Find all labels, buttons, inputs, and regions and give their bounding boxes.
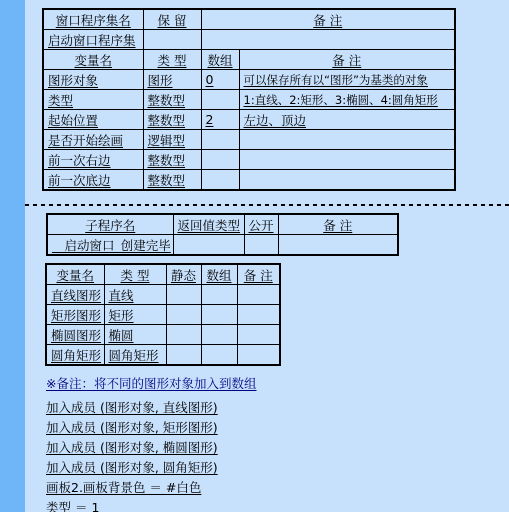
cell: 可以保存所有以“图形”为基类的对象 xyxy=(239,70,455,90)
cell: 圆角矩形 xyxy=(46,345,104,366)
subprogram-table: 子程序名 返回值类型 公开 备 注 __启动窗口_创建完毕 xyxy=(46,213,399,256)
cell xyxy=(143,30,201,50)
cell xyxy=(166,325,201,345)
window-program-table: 窗口程序集名 保 留 备 注 启动窗口程序集 变量名 类 型 数组 备 注 图形… xyxy=(42,8,456,191)
cell: 整数型 xyxy=(143,90,201,110)
cell xyxy=(201,150,239,170)
table-row: 起始位置 整数型 2 左边、顶边 xyxy=(43,110,455,130)
cell xyxy=(201,285,237,305)
code-line: 加入成员 (图形对象, 圆角矩形) xyxy=(46,458,486,478)
cell xyxy=(166,285,201,305)
cell: 整数型 xyxy=(143,170,201,191)
cell xyxy=(239,130,455,150)
cell: 直线图形 xyxy=(46,285,104,305)
header-cell: 静态 xyxy=(166,264,201,285)
header-cell: 数组 xyxy=(201,50,239,70)
header-cell: 类 型 xyxy=(143,50,201,70)
header-cell: 保 留 xyxy=(143,9,201,30)
table-row: 前一次底边 整数型 xyxy=(43,170,455,191)
header-cell: 公开 xyxy=(244,214,278,235)
cell: 图形对象 xyxy=(43,70,143,90)
header-cell: 子程序名 xyxy=(47,214,173,235)
cell: 矩形图形 xyxy=(46,305,104,325)
cell xyxy=(173,235,244,256)
cell xyxy=(244,235,278,256)
table-row: 矩形图形 矩形 xyxy=(46,305,280,325)
table-row: 圆角矩形 圆角矩形 xyxy=(46,345,280,366)
cell xyxy=(237,325,280,345)
remark-note: ※备注：将不同的图形对象加入到数组 xyxy=(46,374,486,394)
code-line: 画板2.画板背景色 ＝ #白色 xyxy=(46,478,486,498)
header-cell: 返回值类型 xyxy=(173,214,244,235)
header-cell: 备 注 xyxy=(201,9,455,30)
cell xyxy=(166,305,201,325)
cell: 整数型 xyxy=(143,110,201,130)
cell xyxy=(237,345,280,366)
cell: 前一次右边 xyxy=(43,150,143,170)
variables-table: 变量名 类 型 静态 数组 备 注 直线图形 直线 矩形图形 矩形 椭圆图形 椭… xyxy=(45,263,281,366)
left-blue-strip xyxy=(0,0,25,512)
cell xyxy=(201,30,455,50)
cell: 整数型 xyxy=(143,150,201,170)
table-row: 图形对象 图形 0 可以保存所有以“图形”为基类的对象 xyxy=(43,70,455,90)
table-row: 直线图形 直线 xyxy=(46,285,280,305)
code-line: 加入成员 (图形对象, 矩形图形) xyxy=(46,418,486,438)
cell: 1:直线、2:矩形、3:椭圆、4:圆角矩形 xyxy=(239,90,455,110)
cell: 前一次底边 xyxy=(43,170,143,191)
cell: 圆角矩形 xyxy=(104,345,166,366)
cell: 椭圆图形 xyxy=(46,325,104,345)
table-row: 类型 整数型 1:直线、2:矩形、3:椭圆、4:圆角矩形 xyxy=(43,90,455,110)
cell: 0 xyxy=(201,70,239,90)
cell xyxy=(166,345,201,366)
cell xyxy=(239,150,455,170)
cell: 直线 xyxy=(104,285,166,305)
cell xyxy=(201,345,237,366)
cell: 椭圆 xyxy=(104,325,166,345)
cell xyxy=(237,285,280,305)
code-line: 加入成员 (图形对象, 椭圆图形) xyxy=(46,438,486,458)
header-cell: 变量名 xyxy=(43,50,143,70)
cell: 左边、顶边 xyxy=(239,110,455,130)
cell xyxy=(201,90,239,110)
header-cell: 数组 xyxy=(201,264,237,285)
header-cell: 备 注 xyxy=(278,214,398,235)
table-row: 窗口程序集名 保 留 备 注 xyxy=(43,9,455,30)
code-line: 加入成员 (图形对象, 直线图形) xyxy=(46,398,486,418)
cell xyxy=(201,305,237,325)
cell xyxy=(201,170,239,191)
table-row: 启动窗口程序集 xyxy=(43,30,455,50)
bottom-white-strip xyxy=(0,512,509,517)
cell: 2 xyxy=(201,110,239,130)
header-cell: 窗口程序集名 xyxy=(43,9,143,30)
cell: 逻辑型 xyxy=(143,130,201,150)
table-row: 子程序名 返回值类型 公开 备 注 xyxy=(47,214,398,235)
cell xyxy=(278,235,398,256)
code-block: ※备注：将不同的图形对象加入到数组 加入成员 (图形对象, 直线图形) 加入成员… xyxy=(46,374,486,517)
table-row: __启动窗口_创建完毕 xyxy=(47,235,398,256)
page: 窗口程序集名 保 留 备 注 启动窗口程序集 变量名 类 型 数组 备 注 图形… xyxy=(0,0,509,517)
cell xyxy=(201,130,239,150)
cell xyxy=(239,170,455,191)
table-row: 变量名 类 型 静态 数组 备 注 xyxy=(46,264,280,285)
table-row: 变量名 类 型 数组 备 注 xyxy=(43,50,455,70)
cell xyxy=(201,325,237,345)
dashed-separator xyxy=(25,204,509,206)
table-row: 前一次右边 整数型 xyxy=(43,150,455,170)
header-cell: 备 注 xyxy=(239,50,455,70)
header-cell: 变量名 xyxy=(46,264,104,285)
cell: 类型 xyxy=(43,90,143,110)
table-row: 椭圆图形 椭圆 xyxy=(46,325,280,345)
header-cell: 类 型 xyxy=(104,264,166,285)
cell xyxy=(237,305,280,325)
cell: 矩形 xyxy=(104,305,166,325)
cell: 图形 xyxy=(143,70,201,90)
header-cell: 备 注 xyxy=(237,264,280,285)
cell: 是否开始绘画 xyxy=(43,130,143,150)
cell: 起始位置 xyxy=(43,110,143,130)
cell: 启动窗口程序集 xyxy=(43,30,143,50)
cell: __启动窗口_创建完毕 xyxy=(47,235,173,256)
table-row: 是否开始绘画 逻辑型 xyxy=(43,130,455,150)
